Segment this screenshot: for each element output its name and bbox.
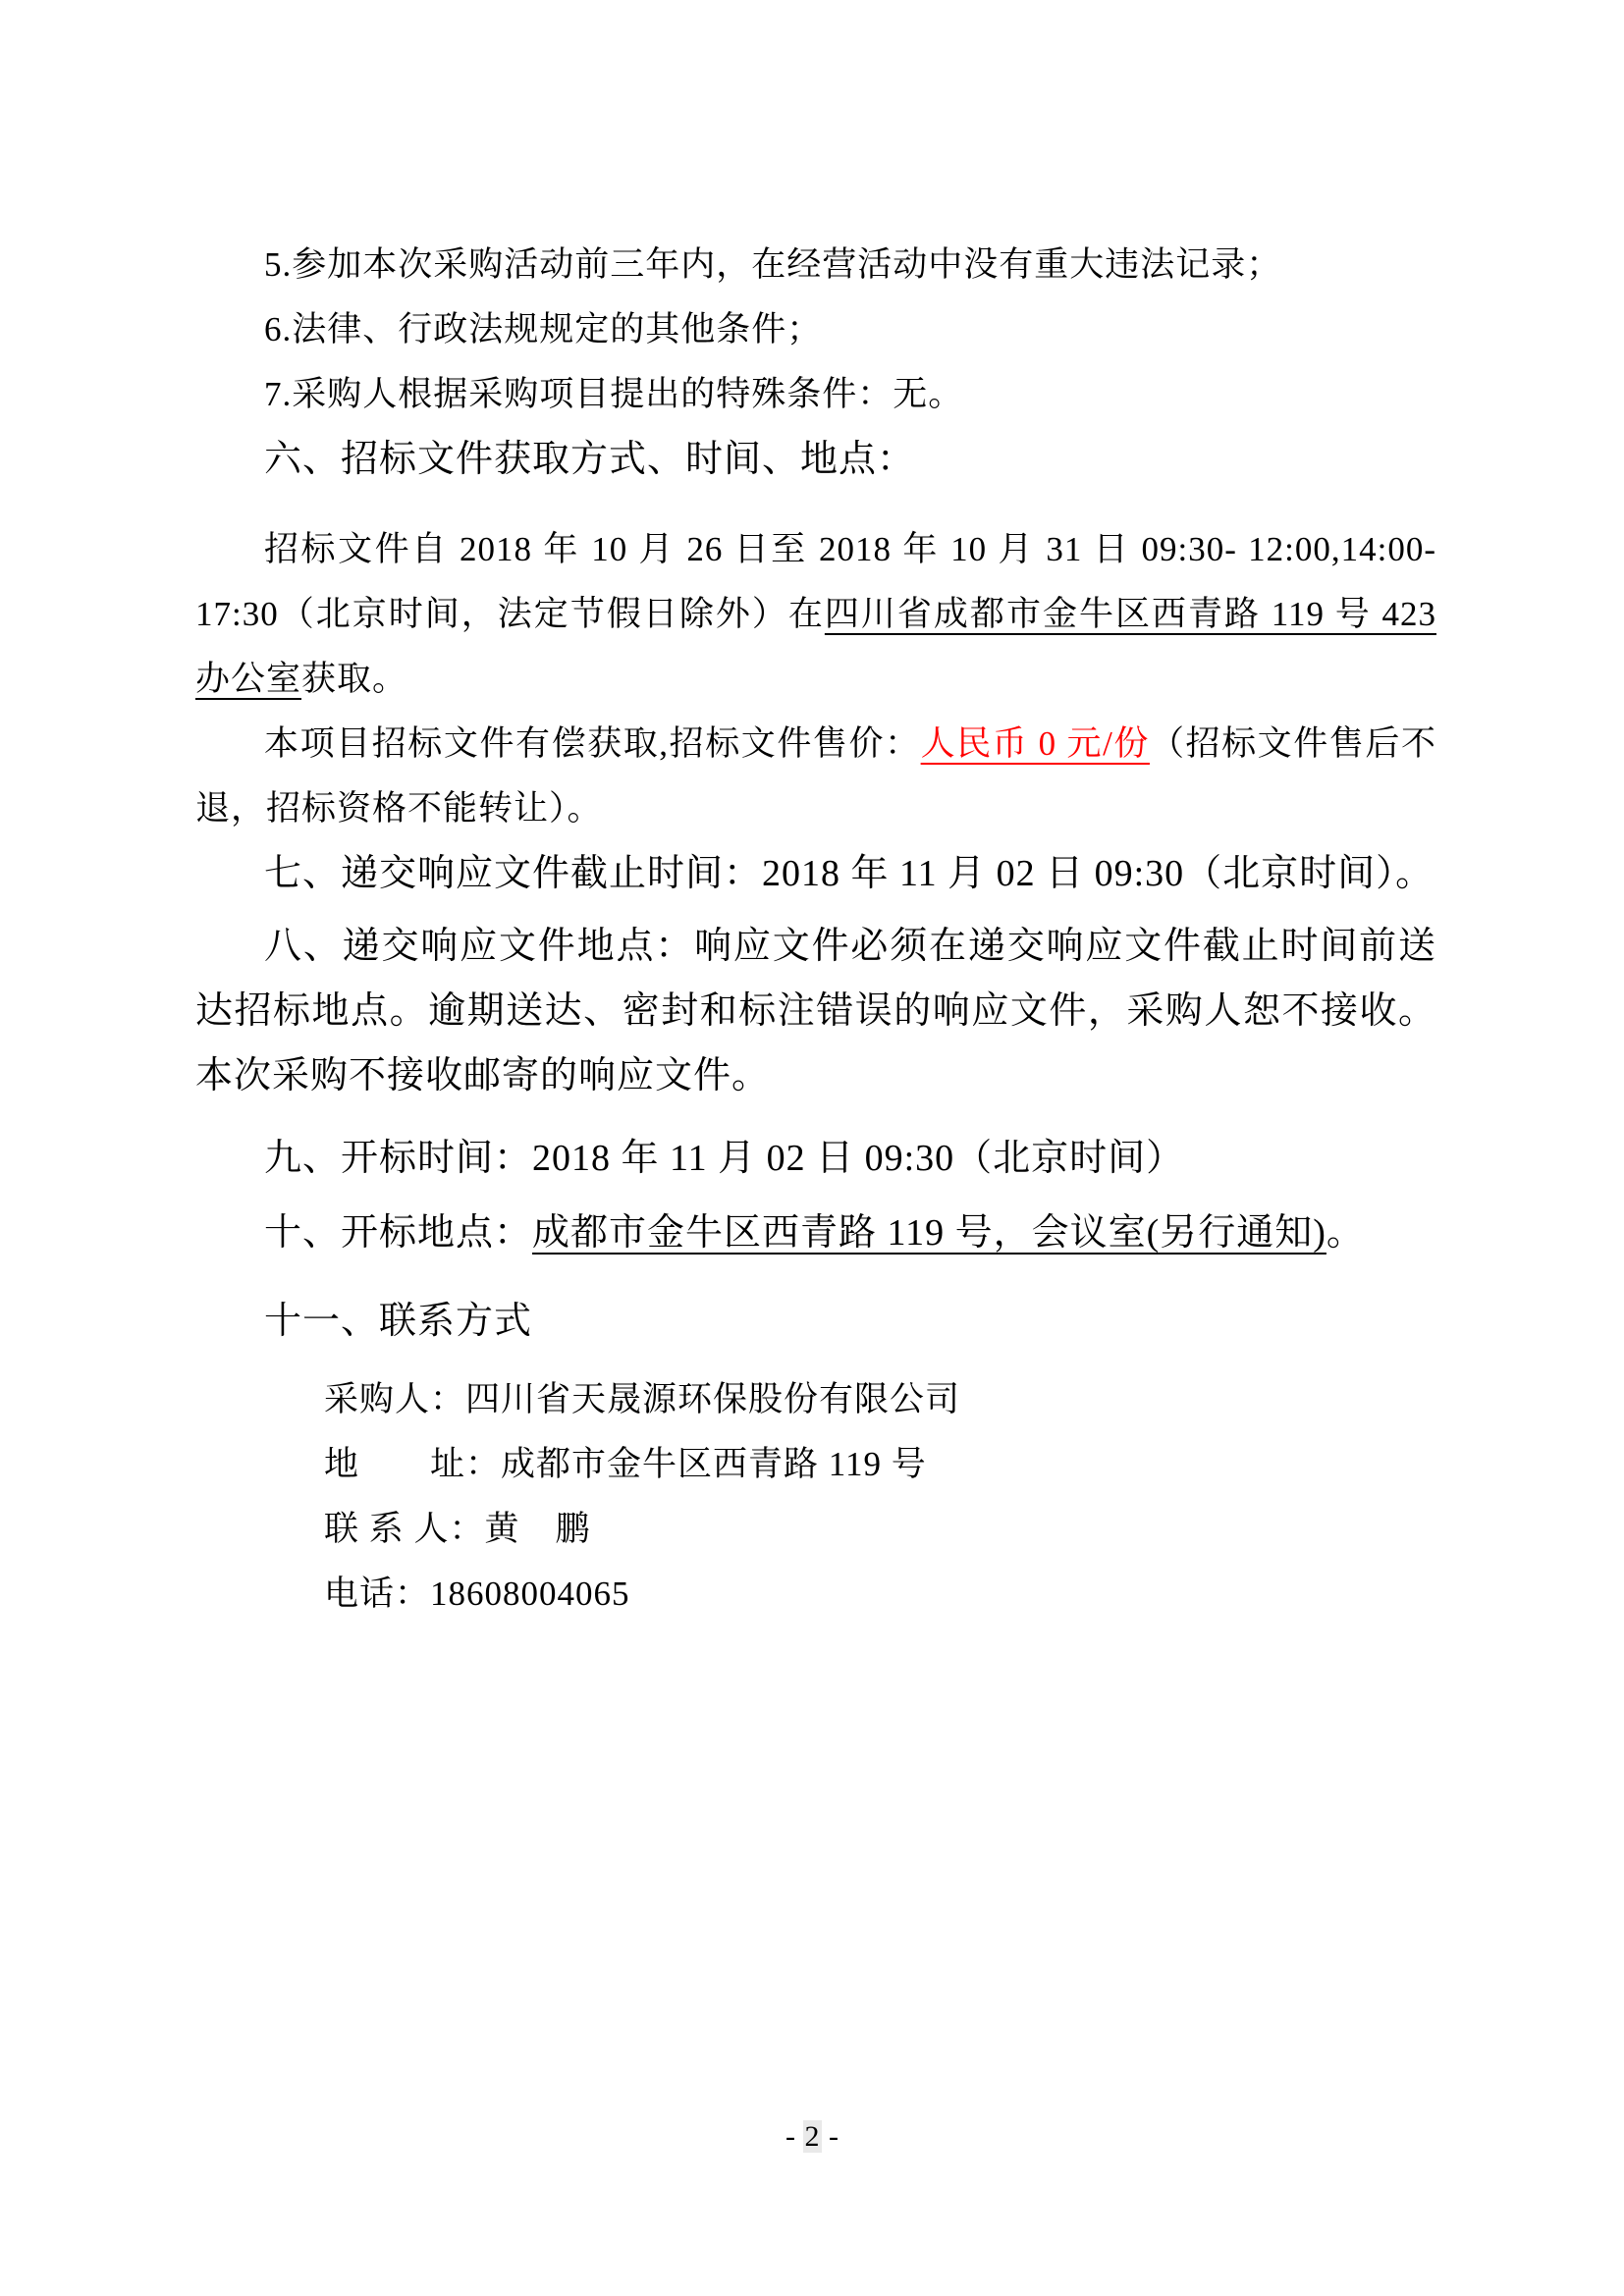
section-7-deadline: 七、递交响应文件截止时间：2018 年 11 月 02 日 09:30（北京时间… bbox=[195, 841, 1436, 906]
section-6-heading: 六、招标文件获取方式、时间、地点： bbox=[195, 427, 1436, 492]
price-red-underlined: 人民币 0 元/份 bbox=[921, 724, 1150, 763]
footer-dash-right: - bbox=[822, 2120, 839, 2153]
venue-address-underlined: 成都市金牛区西青路 119 号，会议室(另行通知) bbox=[532, 1212, 1326, 1254]
section-11-heading: 十一、联系方式 bbox=[195, 1289, 1436, 1354]
section-6-obtain-paragraph: 招标文件自 2018 年 10 月 26 日至 2018 年 10 月 31 日… bbox=[195, 517, 1436, 712]
section-10-opening-venue: 十、开标地点：成都市金牛区西青路 119 号，会议室(另行通知)。 bbox=[195, 1201, 1436, 1265]
document-body: 5.参加本次采购活动前三年内，在经营活动中没有重大违法记录； 6.法律、行政法规… bbox=[195, 233, 1436, 1627]
obtain-text-post: 获取。 bbox=[301, 660, 407, 698]
clause-5: 5.参加本次采购活动前三年内，在经营活动中没有重大违法记录； bbox=[195, 233, 1436, 297]
clause-7: 7.采购人根据采购项目提出的特殊条件：无。 bbox=[195, 362, 1436, 427]
section-6-price-paragraph: 本项目招标文件有偿获取,招标文件售价：人民币 0 元/份（招标文件售后不退，招标… bbox=[195, 712, 1436, 841]
venue-text-pre: 十、开标地点： bbox=[264, 1212, 532, 1254]
document-page: 5.参加本次采购活动前三年内，在经营活动中没有重大违法记录； 6.法律、行政法规… bbox=[0, 0, 1624, 2296]
contact-address: 地 址：成都市金牛区西青路 119 号 bbox=[195, 1432, 1436, 1497]
page-number: 2 bbox=[803, 2120, 822, 2153]
clause-6: 6.法律、行政法规规定的其他条件； bbox=[195, 297, 1436, 362]
venue-text-post: 。 bbox=[1326, 1212, 1365, 1254]
footer-dash-left: - bbox=[785, 2120, 803, 2153]
price-text-pre: 本项目招标文件有偿获取,招标文件售价： bbox=[264, 724, 921, 763]
section-9-opening-time: 九、开标时间：2018 年 11 月 02 日 09:30（北京时间） bbox=[195, 1126, 1436, 1191]
page-footer: - 2 - bbox=[0, 2120, 1624, 2154]
contact-purchaser: 采购人：四川省天晟源环保股份有限公司 bbox=[195, 1367, 1436, 1432]
contact-person: 联 系 人：黄 鹏 bbox=[195, 1497, 1436, 1562]
section-8-delivery-location: 八、递交响应文件地点：响应文件必须在递交响应文件截止时间前送达招标地点。逾期送达… bbox=[195, 914, 1436, 1108]
contact-phone: 电话：18608004065 bbox=[195, 1562, 1436, 1627]
